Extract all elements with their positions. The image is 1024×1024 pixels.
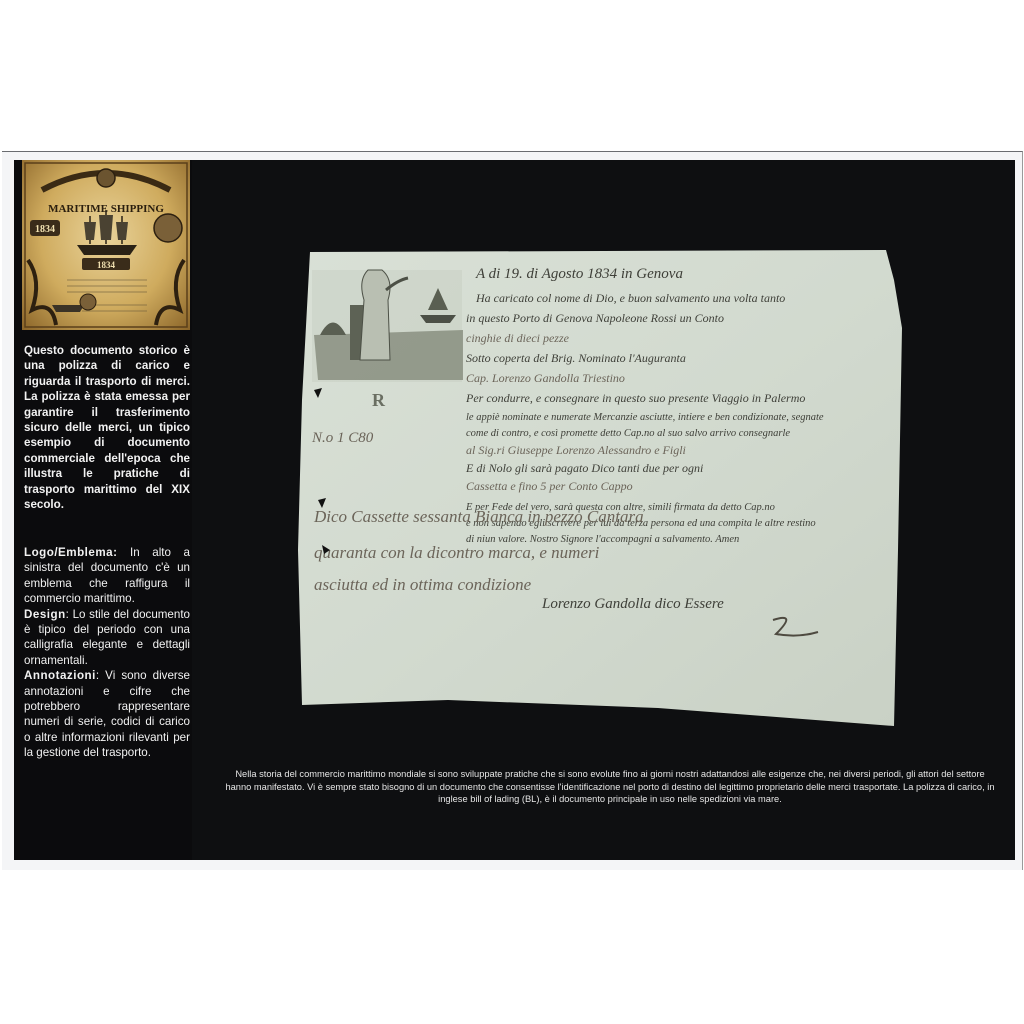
svg-text:Ha caricato col nome di Dio, e: Ha caricato col nome di Dio, e buon salv… [475, 291, 785, 305]
svg-text:R: R [372, 390, 386, 410]
maritime-shipping-emblem: MARITIME SHIPPING 1834 1834 [22, 160, 190, 330]
note-logo: Logo/Emblema: In alto a sinistra del doc… [24, 545, 190, 607]
bill-of-lading-document: A di 19. di Agosto 1834 in Genova Ha car… [298, 250, 902, 728]
svg-text:asciutta ed in ottima condizio: asciutta ed in ottima condizione [314, 575, 532, 594]
ship-emblem-icon: MARITIME SHIPPING 1834 1834 [22, 160, 190, 330]
svg-text:cinghie di dieci pezze: cinghie di dieci pezze [466, 331, 570, 345]
svg-text:quaranta con la dicontro marca: quaranta con la dicontro marca, e numeri [314, 543, 600, 562]
svg-text:Sotto coperta del Brig. Nomin: Sotto coperta del Brig. Nominato l'Augur… [466, 351, 686, 365]
svg-text:le appiè nominate e numerate M: le appiè nominate e numerate Mercanzie a… [466, 412, 824, 423]
svg-text:come di contro, e così promett: come di contro, e così promette detto Ca… [466, 428, 790, 439]
svg-text:Cap. Lorenzo Gandolla Triestin: Cap. Lorenzo Gandolla Triestino [466, 371, 625, 385]
intro-paragraph: Questo documento storico è una polizza d… [24, 343, 190, 512]
svg-text:N.o 1 C80: N.o 1 C80 [311, 430, 374, 446]
svg-text:E di Nolo gli sarà pagato Dic: E di Nolo gli sarà pagato Dico tanti due… [465, 461, 703, 475]
caption-text: Nella storia del commercio marittimo mon… [222, 768, 998, 806]
svg-text:1834: 1834 [97, 260, 116, 270]
svg-text:in questo Porto di Genova Nap: in questo Porto di Genova Napoleone Ross… [466, 311, 724, 325]
svg-text:Lorenzo Gandolla dico Essere: Lorenzo Gandolla dico Essere [541, 596, 724, 612]
svg-text:Dico Cassette sessanta Bianca: Dico Cassette sessanta Bianca in pezzo C… [313, 507, 644, 526]
note-design: Design: Lo stile del documento è tipico … [24, 607, 190, 669]
svg-text:Cassetta e fino 5 per Conto Ca: Cassetta e fino 5 per Conto Cappo [466, 479, 633, 493]
svg-text:Per condurre, e consegnare in: Per condurre, e consegnare in questo suo… [465, 391, 805, 405]
note-annotazioni: Annotazioni: Vi sono diverse annotazioni… [24, 668, 190, 760]
allegory-anchor-ship-icon [312, 270, 463, 382]
notes-list: Logo/Emblema: In alto a sinistra del doc… [24, 545, 190, 761]
svg-text:1834: 1834 [35, 224, 55, 235]
svg-text:al Sig.ri Giuseppe Lorenzo Ale: al Sig.ri Giuseppe Lorenzo Alessandro e … [466, 443, 686, 457]
svg-text:A di 19. di Agosto 1834 in Gen: A di 19. di Agosto 1834 in Genova [475, 266, 683, 282]
